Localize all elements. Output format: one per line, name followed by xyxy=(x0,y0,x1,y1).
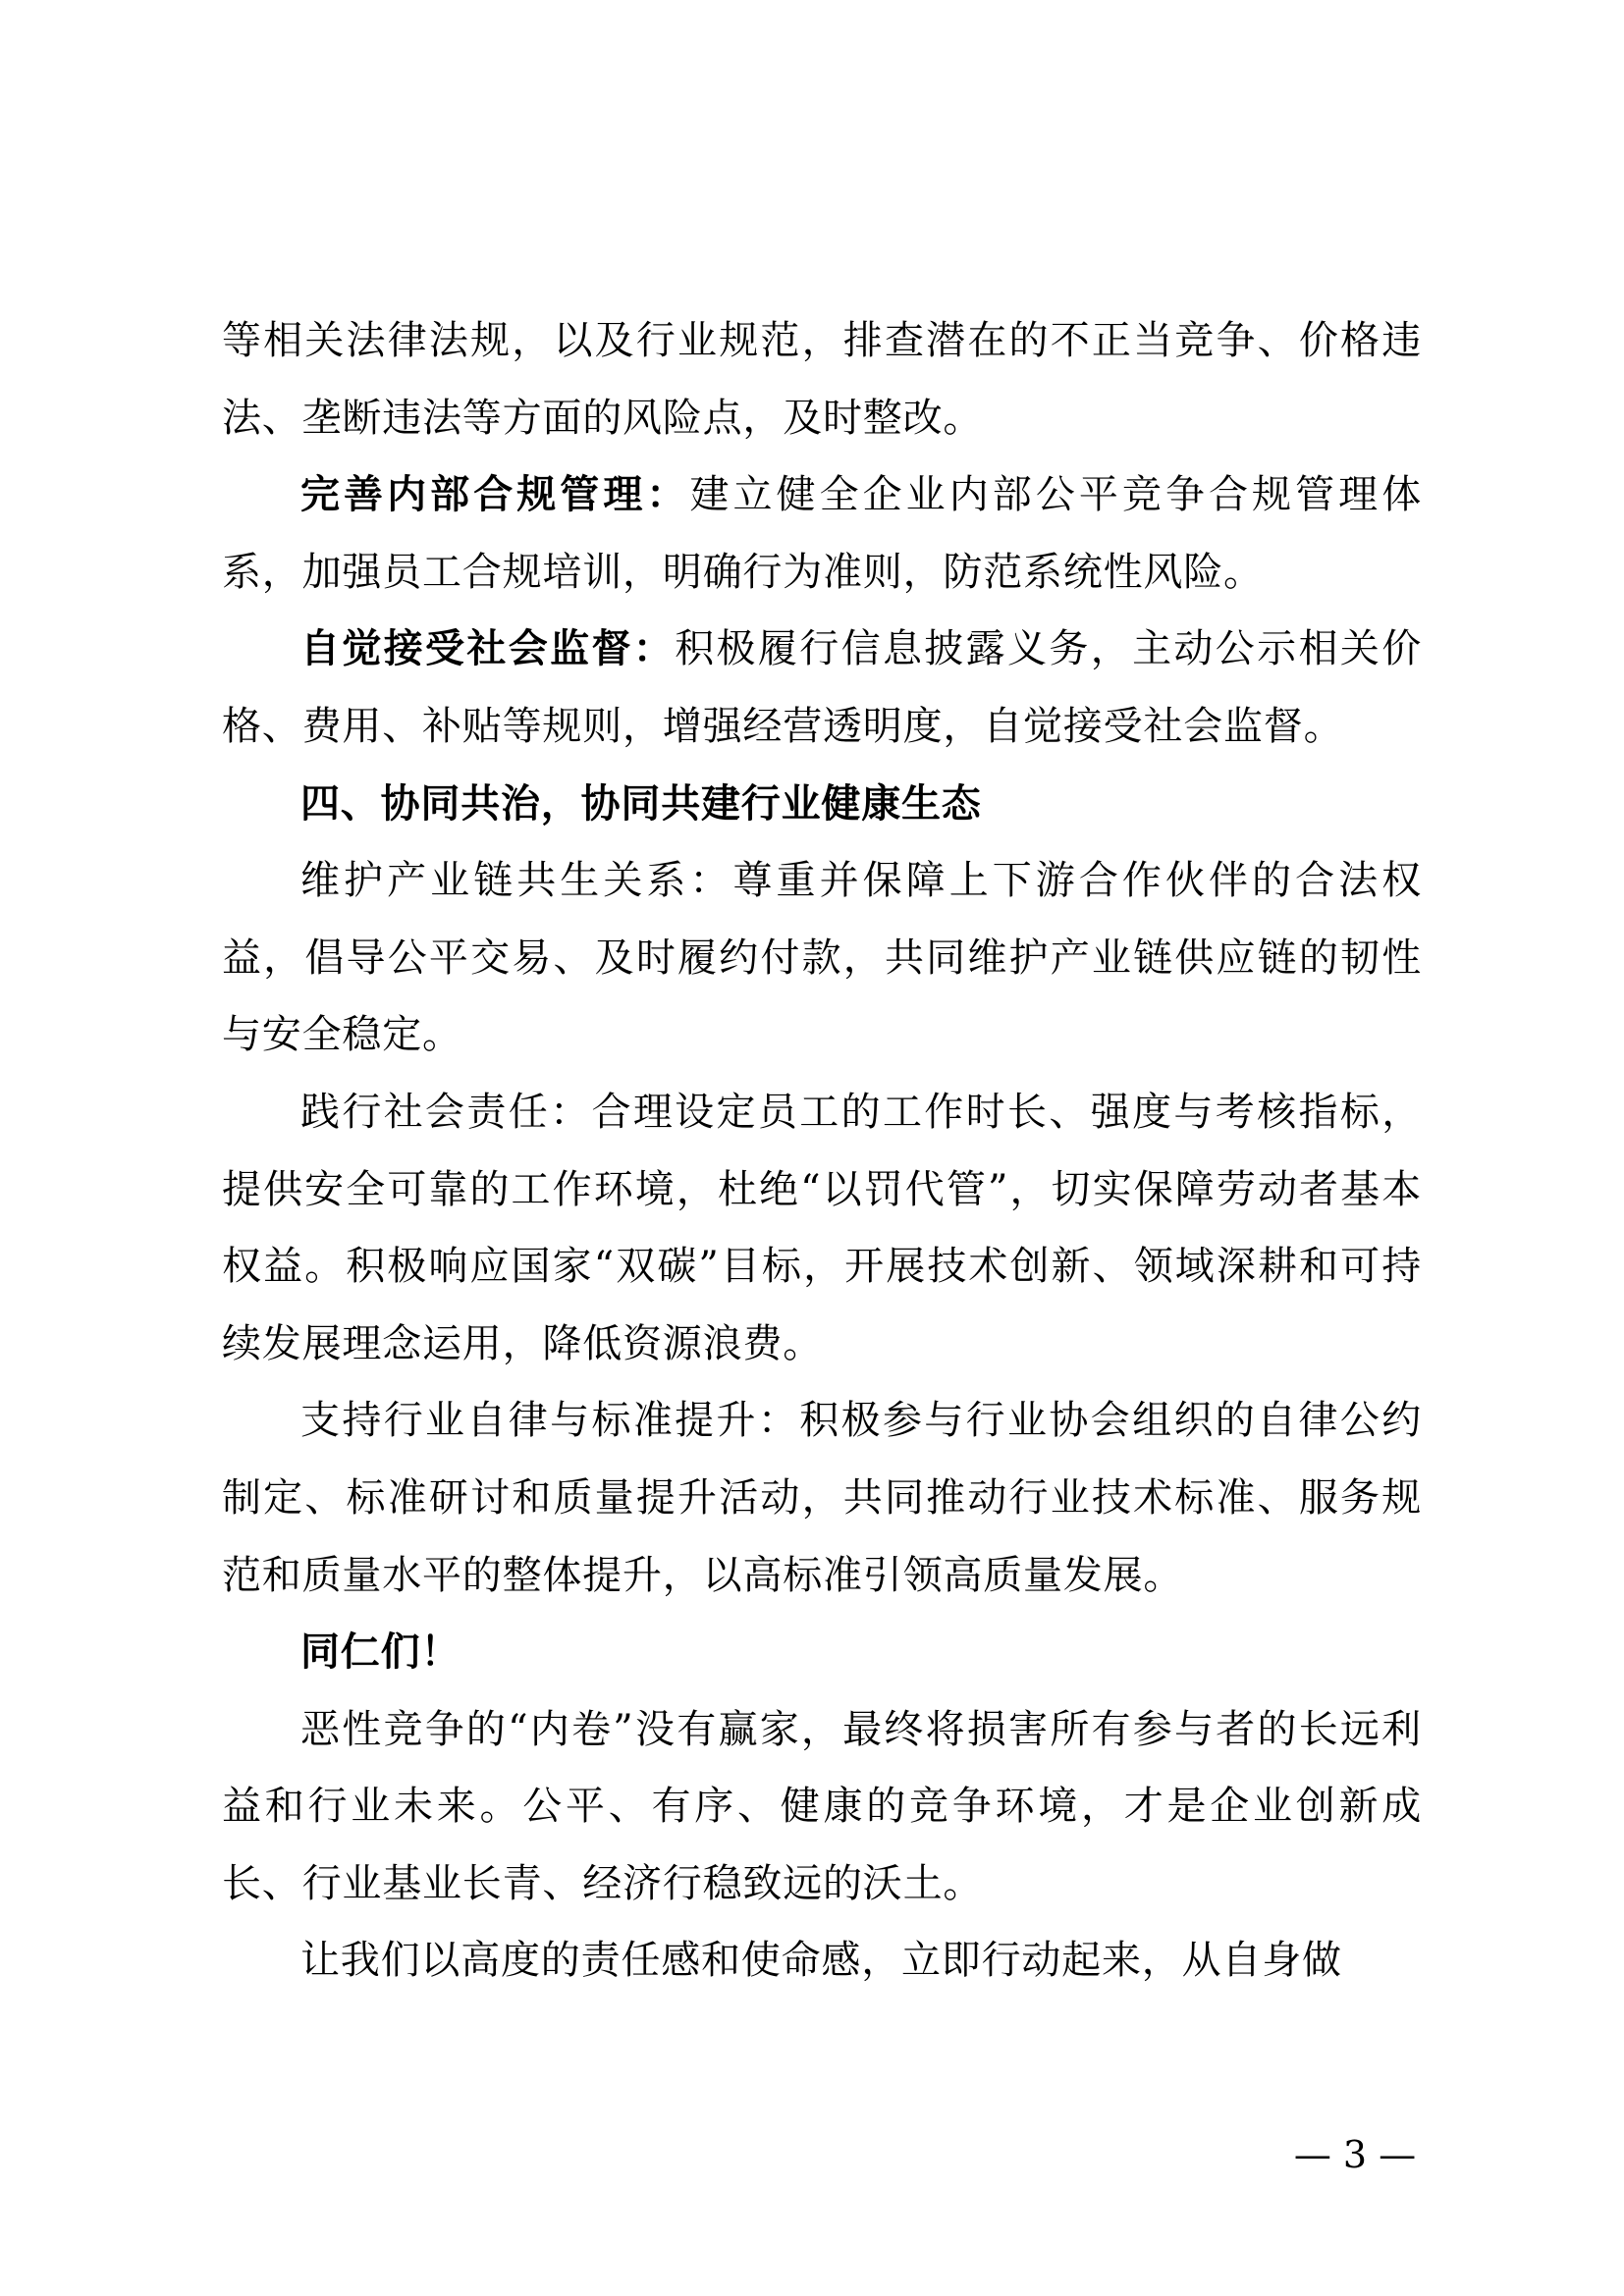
paragraph-social-responsibility: 践行社会责任：合理设定员工的工作时长、强度与考核指标，提供安全可靠的工作环境，杜… xyxy=(222,1074,1422,1382)
paragraph-text: 支持行业自律与标准提升：积极参与行业协会组织的自律公约制定、标准研讨和质量提升活… xyxy=(222,1398,1422,1597)
paragraph-continuation: 等相关法律法规，以及行业规范，排查潜在的不正当竞争、价格违法、垄断违法等方面的风… xyxy=(222,302,1422,456)
section-heading-four: 四、协同共治，协同共建行业健康生态 xyxy=(222,766,1422,843)
paragraph-text: 让我们以高度的责任感和使命感，立即行动起来，从自身做 xyxy=(300,1938,1342,1983)
paragraph-internal-compliance: 完善内部合规管理：建立健全企业内部公平竞争合规管理体系，加强员工合规培训，明确行… xyxy=(222,456,1422,611)
paragraph-call-to-action: 让我们以高度的责任感和使命感，立即行动起来，从自身做 xyxy=(222,1922,1422,2000)
paragraph-industry-chain: 维护产业链共生关系：尊重并保障上下游合作伙伴的合法权益，倡导公平交易、及时履约付… xyxy=(222,842,1422,1074)
paragraph-no-winners: 恶性竞争的“内卷”没有赢家，最终将损害所有参与者的长远利益和行业未来。公平、有序… xyxy=(222,1691,1422,1923)
salutation-heading: 同仁们！ xyxy=(222,1614,1422,1691)
paragraph-text: 等相关法律法规，以及行业规范，排查潜在的不正当竞争、价格违法、垄断违法等方面的风… xyxy=(222,318,1422,441)
paragraph-text: 维护产业链共生关系：尊重并保障上下游合作伙伴的合法权益，倡导公平交易、及时履约付… xyxy=(222,858,1422,1057)
paragraph-text: 恶性竞争的“内卷”没有赢家，最终将损害所有参与者的长远利益和行业未来。公平、有序… xyxy=(222,1707,1422,1906)
paragraph-text: 践行社会责任：合理设定员工的工作时长、强度与考核指标，提供安全可靠的工作环境，杜… xyxy=(222,1090,1422,1366)
document-body: 等相关法律法规，以及行业规范，排查潜在的不正当竞争、价格违法、垄断违法等方面的风… xyxy=(222,302,1422,2000)
paragraph-industry-self-discipline: 支持行业自律与标准提升：积极参与行业协会组织的自律公约制定、标准研讨和质量提升活… xyxy=(222,1382,1422,1614)
document-page: 等相关法律法规，以及行业规范，排查潜在的不正当竞争、价格违法、垄断违法等方面的风… xyxy=(0,0,1624,2296)
paragraph-social-supervision: 自觉接受社会监督：积极履行信息披露义务，主动公示相关价格、费用、补贴等规则，增强… xyxy=(222,611,1422,765)
paragraph-lead: 完善内部合规管理： xyxy=(300,472,689,517)
page-number: — 3 — xyxy=(1286,2130,1424,2179)
paragraph-lead: 自觉接受社会监督： xyxy=(300,626,675,671)
